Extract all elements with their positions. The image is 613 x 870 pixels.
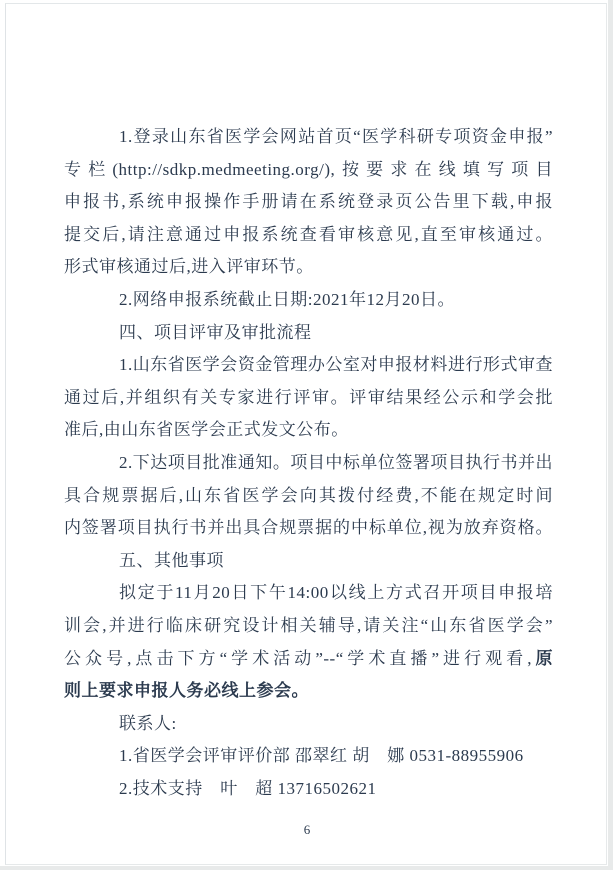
text-segment: 2.下达项目批准通知。项目中标单位签署项目执行书并出: [119, 453, 553, 472]
text-line: 则上要求申报人务必线上参会。: [64, 675, 553, 708]
scan-edge-right: [608, 0, 613, 870]
text-segment: 1.登录山东省医学会网站首页“医学科研专项资金申报”: [119, 127, 553, 146]
text-segment: 训会,并进行临床研究设计相关辅导,请关注“山东省医学会”: [64, 616, 553, 635]
text-segment: 形式审核通过后,进入评审环节。: [64, 257, 314, 276]
text-segment: 联系人:: [119, 714, 177, 733]
text-segment: 四、项目评审及审批流程: [119, 323, 312, 342]
text-segment: 申报书,系统申报操作手册请在系统登录页公告里下载,申报: [64, 192, 553, 211]
text-line: 通过后,并组织有关专家进行评审。评审结果经公示和学会批: [64, 382, 553, 415]
text-line: 五、其他事项: [64, 545, 553, 578]
text-segment: 专栏(http://sdkp.medmeeting.org/),按要求在线填写项…: [64, 160, 553, 179]
text-line: 四、项目评审及审批流程: [64, 317, 553, 350]
text-line: 形式审核通过后,进入评审环节。: [64, 251, 553, 284]
text-line: 公众号,点击下方“学术活动”--“学术直播”进行观看,原: [64, 643, 553, 676]
bold-text-segment: 原: [532, 649, 553, 668]
text-line: 2.下达项目批准通知。项目中标单位签署项目执行书并出: [64, 447, 553, 480]
text-line: 训会,并进行临床研究设计相关辅导,请关注“山东省医学会”: [64, 610, 553, 643]
text-line: 准后,由山东省医学会正式发文公布。: [64, 414, 553, 447]
text-segment: 1.山东省医学会资金管理办公室对申报材料进行形式审查: [119, 355, 553, 374]
text-line: 1.登录山东省医学会网站首页“医学科研专项资金申报”: [64, 121, 553, 154]
scan-edge-bottom: [0, 866, 613, 870]
text-segment: 公众号,点击下方“学术活动”--“学术直播”进行观看,: [64, 649, 532, 668]
text-line: 申报书,系统申报操作手册请在系统登录页公告里下载,申报: [64, 186, 553, 219]
page-number: 6: [6, 822, 608, 838]
text-segment: 2.技术支持 叶 超 13716502621: [119, 779, 377, 798]
text-line: 1.省医学会评审评价部 邵翠红 胡 娜 0531-88955906: [64, 740, 553, 773]
text-segment: 内签署项目执行书并出具合规票据的中标单位,视为放弃资格。: [64, 518, 553, 537]
text-segment: 提交后,请注意通过申报系统查看审核意见,直至审核通过。: [64, 225, 553, 244]
text-segment: 2.网络申报系统截止日期:2021年12月20日。: [119, 290, 455, 309]
text-segment: 具合规票据后,山东省医学会向其拨付经费,不能在规定时间: [64, 486, 553, 505]
text-line: 2.网络申报系统截止日期:2021年12月20日。: [64, 284, 553, 317]
document-body: 1.登录山东省医学会网站首页“医学科研专项资金申报”专栏(http://sdkp…: [64, 121, 553, 805]
scanned-document-container: 1.登录山东省医学会网站首页“医学科研专项资金申报”专栏(http://sdkp…: [0, 0, 613, 870]
text-line: 专栏(http://sdkp.medmeeting.org/),按要求在线填写项…: [64, 154, 553, 187]
text-segment: 准后,由山东省医学会正式发文公布。: [64, 420, 349, 439]
text-segment: 1.省医学会评审评价部 邵翠红 胡 娜 0531-88955906: [119, 746, 524, 765]
text-line: 联系人:: [64, 708, 553, 741]
bold-text-segment: 则上要求申报人务必线上参会。: [64, 681, 309, 700]
text-segment: 拟定于11月20日下午14:00以线上方式召开项目申报培: [119, 583, 553, 602]
text-line: 拟定于11月20日下午14:00以线上方式召开项目申报培: [64, 577, 553, 610]
text-segment: 通过后,并组织有关专家进行评审。评审结果经公示和学会批: [64, 388, 553, 407]
text-line: 具合规票据后,山东省医学会向其拨付经费,不能在规定时间: [64, 480, 553, 513]
text-line: 提交后,请注意通过申报系统查看审核意见,直至审核通过。: [64, 219, 553, 252]
document-page: 1.登录山东省医学会网站首页“医学科研专项资金申报”专栏(http://sdkp…: [5, 3, 607, 865]
text-line: 1.山东省医学会资金管理办公室对申报材料进行形式审查: [64, 349, 553, 382]
text-line: 内签署项目执行书并出具合规票据的中标单位,视为放弃资格。: [64, 512, 553, 545]
text-line: 2.技术支持 叶 超 13716502621: [64, 773, 553, 806]
text-segment: 五、其他事项: [119, 551, 224, 570]
